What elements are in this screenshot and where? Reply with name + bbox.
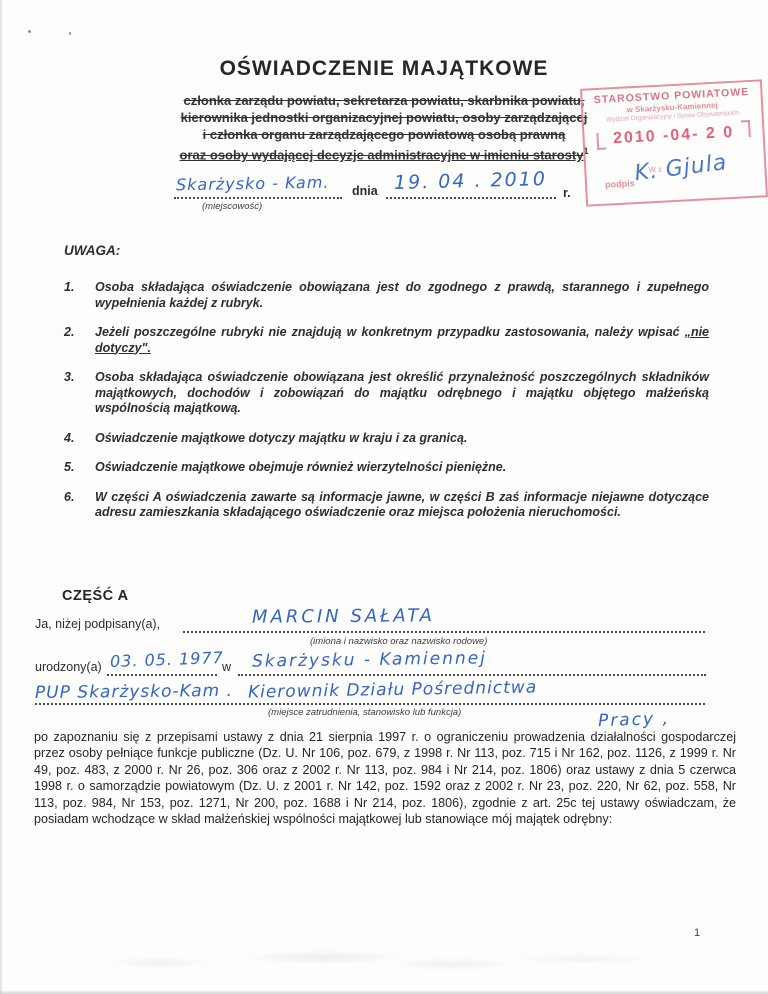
scan-speck: [69, 32, 71, 35]
date-bracket-left-icon: [596, 133, 606, 150]
born-in-label: w: [222, 660, 231, 674]
handwritten-birth-place: Skarżysku - Kamiennej: [252, 648, 487, 671]
stamp-signature-label: podpis: [605, 178, 635, 190]
note-item: 2. Jeżeli poszczególne rubryki nie znajd…: [64, 325, 709, 356]
place-hint: (miejscowość): [202, 201, 262, 212]
note-item: 3. Osoba składająca oświadczenie obowiąz…: [64, 370, 709, 417]
notes-heading: UWAGA:: [64, 243, 709, 258]
note-item: 4. Oświadczenie majątkowe dotyczy majątk…: [64, 431, 709, 447]
office-stamp: STAROSTWO POWIATOWE w Skarżysku-Kamienne…: [580, 79, 768, 206]
date-bracket-right-icon: [741, 120, 751, 137]
handwritten-birth-date: 03. 05. 1977: [110, 648, 224, 671]
declarant-hint: (imiona i nazwisko oraz nazwisko rodowe): [310, 636, 487, 647]
employment-dotted-line: [35, 703, 705, 705]
document-title: OŚWIADCZENIE MAJĄTKOWE: [0, 57, 768, 81]
handwritten-employment-role-cont: Pracy ,: [598, 709, 671, 731]
born-label: urodzony(a): [35, 660, 102, 674]
year-suffix: r.: [563, 186, 571, 200]
part-a-heading: CZĘŚĆ A: [62, 588, 129, 604]
handwritten-place: Skarżysko - Kam.: [176, 173, 330, 195]
handwritten-declarant-name: MARCIN SAŁATA: [252, 605, 435, 628]
date-label: dnia: [352, 184, 378, 198]
scanned-document-page: OŚWIADCZENIE MAJĄTKOWE członka zarządu p…: [0, 0, 768, 994]
birth-place-dotted-line: [238, 674, 706, 676]
declarant-dotted-line: [183, 631, 705, 633]
legal-paragraph: po zapoznaniu się z przepisami ustawy z …: [34, 729, 736, 827]
note-item: 1. Osoba składająca oświadczenie obowiąz…: [64, 280, 709, 311]
handwritten-employment-place: PUP Skarżysko-Kam .: [35, 681, 233, 703]
stamp-date: 2010 -04- 2 0: [584, 122, 763, 149]
scan-smudge: [30, 946, 680, 974]
handwritten-signature: K. Gjula: [633, 150, 728, 186]
note-item: 6. W części A oświadczenia zawarte są in…: [64, 490, 709, 521]
scan-speck: [28, 30, 31, 33]
note-item: 5. Oświadczenie majątkowe obejmuje równi…: [64, 460, 709, 476]
handwritten-date: 19. 04 . 2010: [394, 168, 547, 194]
birth-date-dotted-line: [107, 674, 217, 676]
date-dotted-line: [386, 197, 556, 199]
notes-section: UWAGA: 1. Osoba składająca oświadczenie …: [64, 243, 709, 521]
page-number: 1: [694, 927, 700, 939]
place-dotted-line: [174, 197, 342, 199]
handwritten-employment-role: Kierownik Działu Pośrednictwa: [248, 677, 537, 702]
employment-hint: (miejsce zatrudnienia, stanowisko lub fu…: [268, 707, 461, 718]
declarant-label: Ja, niżej podpisany(a),: [35, 617, 160, 631]
